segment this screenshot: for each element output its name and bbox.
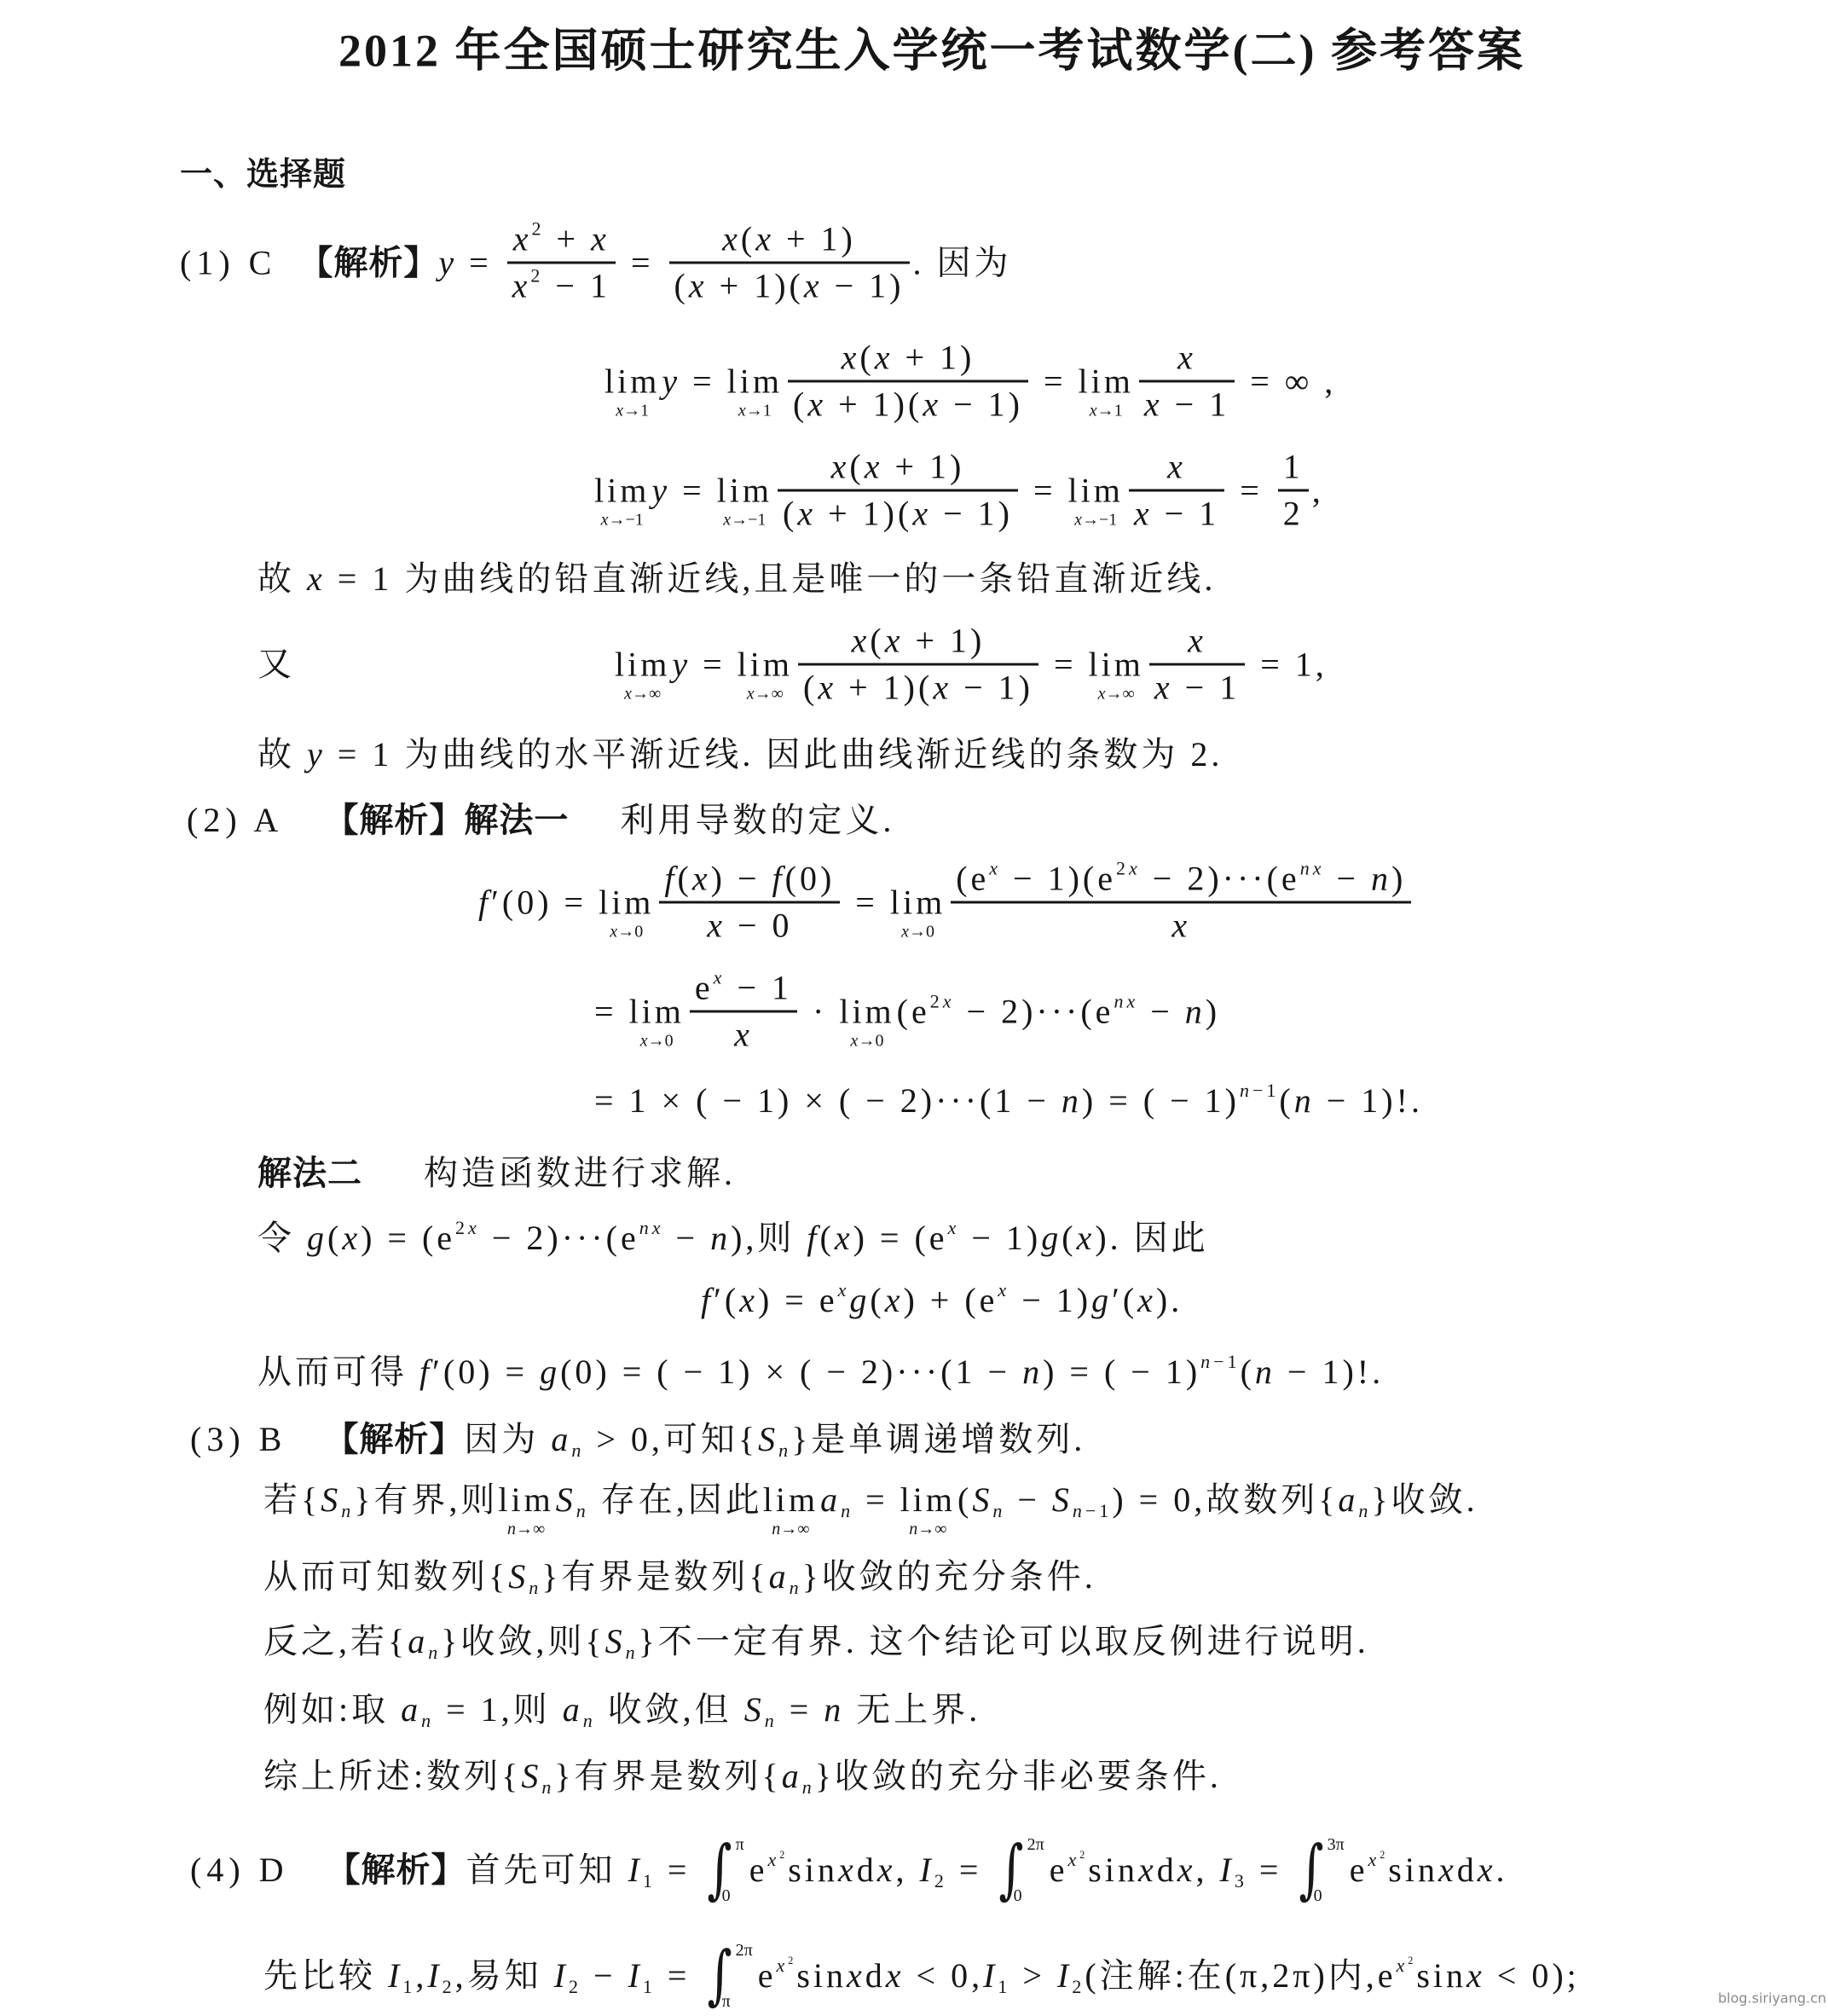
math-variable: I [983, 1956, 998, 1995]
numerator: x2 + x [507, 220, 616, 264]
math-variable: n [571, 1440, 584, 1461]
fraction-one-half: 1 2 [1278, 448, 1309, 534]
fraction: x(x + 1) (x + 1)(x − 1) [798, 622, 1038, 708]
math-variable: x [640, 1031, 648, 1050]
subscript: n [765, 1710, 778, 1731]
math-variable: n [529, 1577, 541, 1598]
limit-operator: lim x→0 [890, 882, 946, 923]
math-variable: x [1138, 1851, 1157, 1889]
numerator: 1 [1278, 448, 1309, 492]
limit-operator: lim x→∞ [1089, 644, 1144, 685]
equals-sign: = [843, 882, 890, 923]
superscript: 2x [930, 990, 955, 1011]
integral-limits: π 0 [731, 1836, 744, 1904]
math-variable: x [923, 385, 941, 424]
superscript: x2 [1368, 1849, 1388, 1870]
watermark: blog.siriyang.cn [1718, 1990, 1826, 2007]
math-variable: x [877, 1851, 896, 1889]
math-variable: S [521, 1757, 541, 1795]
math-variable: S [508, 1557, 529, 1596]
denominator: x [690, 1013, 797, 1055]
superscript: n−1 [1200, 1351, 1240, 1372]
lim-label: lim [839, 991, 894, 1032]
integrand: ex2sinxdx. [1350, 1850, 1508, 1891]
math-variable: x [689, 267, 708, 305]
limit-result: = 1, [1248, 644, 1328, 685]
math-variable: f [772, 860, 785, 898]
math-variable: x [1397, 1955, 1409, 1976]
math-variable: a [769, 1557, 790, 1596]
math-variable: n [765, 1710, 778, 1731]
math-variable: g [1091, 1281, 1112, 1319]
math-variable: f [478, 883, 491, 921]
math-variable: f [664, 860, 677, 898]
limit-operator: lim x→−1 [594, 470, 650, 511]
limit-subscript: x→0 [851, 1032, 884, 1049]
text-line: f′(x) = exg(x) + (ex − 1)g′(x). [701, 1280, 1183, 1321]
numerator: x(x + 1) [788, 339, 1028, 383]
limit-subscript: x→1 [1090, 402, 1123, 419]
superscript: 2 [530, 265, 543, 287]
math-variable: x [901, 922, 909, 941]
limit-subscript: x→∞ [624, 685, 661, 702]
subscript: n [571, 1440, 584, 1461]
math-variable: x [989, 858, 1001, 879]
math-variable: x [1074, 510, 1082, 529]
integral-sign: ∫ [998, 1838, 1023, 1903]
equals-sign: = [1042, 644, 1089, 685]
math-variable: S [556, 1480, 576, 1519]
math-variable: y [662, 362, 680, 400]
lim-label: lim [599, 882, 654, 923]
math-variable: n [421, 1710, 434, 1731]
section-heading-multiple-choice: 一、选择题 [180, 156, 346, 195]
limit-subscript: x→−1 [1074, 511, 1117, 528]
subscript: n [802, 1776, 815, 1798]
subscript: n [576, 1500, 589, 1521]
superscript: x [714, 967, 726, 988]
math-variable: x [1129, 858, 1141, 879]
lim-label: lim [1079, 361, 1134, 402]
math-variable: n [541, 1776, 554, 1798]
subscript: 2 [934, 1870, 947, 1891]
denominator: (x + 1)(x − 1) [788, 383, 1028, 425]
definite-integral: ∫ 2π 0 [998, 1836, 1047, 1904]
q2-method-two-result-line: 从而可得 f′(0) = g(0) = ( − 1) × ( − 2)···(1… [257, 1352, 1384, 1393]
q1-limit-x-to-infinity-line: lim x→∞ y = lim x→∞ x(x + 1) (x + 1)(x −… [615, 622, 1328, 708]
q2-limit-split-line: = lim x→0 ex − 1 x · lim x→0 (e2x − 2)··… [594, 969, 1220, 1055]
numerator: x [1149, 622, 1245, 666]
fraction: x(x + 1) (x + 1)(x − 1) [669, 220, 910, 306]
upper-limit: 3π [1322, 1836, 1345, 1853]
math-variable: x [948, 1217, 960, 1238]
subscript: 2 [569, 1976, 581, 1997]
text-segment: 首先可知 I1 = [466, 1850, 703, 1891]
math-variable: x [738, 401, 746, 420]
denominator: x − 1 [1139, 383, 1235, 425]
subscript: n [583, 1710, 596, 1731]
math-variable: x [692, 860, 711, 898]
q4-number-answer: (4) D [190, 1850, 289, 1891]
math-variable: x [831, 448, 850, 486]
denominator: (x + 1)(x − 1) [669, 264, 910, 306]
math-variable: x [714, 967, 726, 988]
text-line: 令 g(x) = (e2x − 2)···(enx − n),则 f(x) = … [257, 1218, 1209, 1259]
math-variable: x [912, 495, 931, 533]
limit-operator: lim n→∞ [900, 1480, 956, 1521]
variable-y: y [672, 644, 691, 685]
math-variable: n [428, 1642, 441, 1663]
math-variable: x [1134, 495, 1153, 533]
math-variable: x [852, 622, 871, 660]
subscript: n [841, 1500, 853, 1521]
superscript: 2 [1408, 1955, 1416, 1967]
lim-label: lim [615, 644, 670, 685]
q4-intro-line: (4) D 【解析】 首先可知 I1 = ∫ π 0 ex2sinxdx, I2… [190, 1836, 1507, 1904]
subscript: n [541, 1776, 554, 1798]
numerator: f(x) − f(0) [659, 860, 840, 904]
q3-number-answer: (3) B [190, 1419, 286, 1460]
limit-operator: lim x→−1 [717, 470, 772, 511]
math-variable: n [639, 1217, 652, 1238]
math-variable: x [851, 1031, 859, 1050]
superscript: n−1 [1240, 1080, 1279, 1101]
math-variable: x [943, 990, 955, 1011]
math-variable: n [790, 1577, 802, 1598]
q1-limit-x-to-minus-1-line: lim x→−1 y = lim x→−1 x(x + 1) (x + 1)(x… [594, 448, 1324, 534]
superscript: x2 [1067, 1849, 1088, 1870]
q4-analysis-tag: 【解析】 [327, 1850, 466, 1891]
math-variable: y [651, 471, 670, 509]
equals-sign: = [1228, 470, 1275, 511]
math-variable: x [1177, 339, 1196, 377]
math-variable: x [610, 922, 617, 941]
q1-number-answer: (1) C [180, 242, 276, 283]
limit-subscript: x→−1 [601, 511, 644, 528]
q1-also-label: 又 [257, 644, 295, 685]
math-variable: S [321, 1480, 341, 1519]
limit-subscript: x→1 [738, 402, 772, 419]
limit-operator: lim x→0 [599, 882, 654, 923]
math-variable: I [628, 1956, 643, 1995]
math-variable: x [1466, 1956, 1485, 1995]
text-line: 故 y = 1 为曲线的水平渐近线. 因此曲线渐近线的条数为 2. [257, 734, 1223, 775]
math-variable: g [540, 1353, 560, 1391]
text-segment: (Sn − Sn−1) = 0,故数列{an}收敛. [957, 1480, 1478, 1521]
math-variable: y [672, 645, 691, 683]
limit-subscript: x→0 [640, 1032, 674, 1049]
limit-operator: lim n→∞ [498, 1480, 553, 1521]
limit-subscript: x→∞ [747, 685, 784, 702]
q1-limit-x-to-1-line: lim x→1 y = lim x→1 x(x + 1) (x + 1)(x −… [605, 339, 1336, 425]
equals-lead: = [594, 991, 629, 1032]
q2-define-g-line: 令 g(x) = (e2x − 2)···(enx − n),则 f(x) = … [257, 1218, 1209, 1259]
function-lhs: y = [438, 242, 503, 283]
math-variable: I [427, 1956, 442, 1995]
limit-subscript: n→∞ [507, 1521, 545, 1538]
numerator: (ex − 1)(e2x − 2)···(enx − n) [951, 860, 1411, 904]
product-expression: (e2x − 2)···(enx − n) [897, 991, 1220, 1032]
q3-converse-text: 反之,若{an}收敛,则{Sn}不一定有界. 这个结论可以取反例进行说明. [263, 1621, 1369, 1662]
math-variable: x [1090, 401, 1097, 420]
integrand: ex2sinxdx < 0,I1 > I2(注解:在(π,2π)内,ex2sin… [758, 1955, 1580, 1996]
math-variable: n [824, 1690, 844, 1729]
math-variable: a [401, 1690, 421, 1729]
subscript: n [421, 1710, 434, 1731]
limit-subscript: x→1 [616, 402, 649, 419]
integral-limits: 2π 0 [1022, 1836, 1044, 1904]
limit-operator: lim x→∞ [738, 644, 793, 685]
superscript: x2 [1397, 1955, 1417, 1976]
math-variable: x [652, 1217, 664, 1238]
q3-summary-text: 综上所述:数列{Sn}有界是数列{an}收敛的充分非必要条件. [263, 1756, 1222, 1797]
math-variable: x [342, 1219, 361, 1257]
math-variable: n [583, 1710, 596, 1731]
text-segment: Sn 存在,因此 [556, 1480, 763, 1521]
denominator: (x + 1)(x − 1) [778, 492, 1018, 534]
fraction: x2 + x x2 − 1 [507, 220, 616, 306]
upper-limit: π [731, 1836, 744, 1853]
equals-sign: = [670, 470, 717, 511]
math-variable: x [1478, 1851, 1496, 1889]
lim-label: lim [629, 991, 685, 1032]
math-variable: x [835, 1219, 853, 1257]
q2-method-two-line: 解法二 构造函数进行求解. [257, 1153, 736, 1194]
math-variable: x [886, 1956, 905, 1995]
math-variable: x [747, 684, 755, 703]
numerator: x(x + 1) [778, 448, 1018, 492]
subscript: 1 [402, 1976, 415, 1997]
subscript: n [428, 1642, 441, 1663]
denominator: x − 1 [1129, 492, 1224, 534]
superscript: 2 [1380, 1849, 1388, 1861]
fraction: x(x + 1) (x + 1)(x − 1) [788, 339, 1028, 425]
math-variable: x [707, 907, 726, 945]
math-variable: n [909, 1520, 917, 1538]
math-variable: a [1338, 1480, 1358, 1519]
math-variable: S [758, 1420, 778, 1458]
math-variable: x [1067, 1849, 1079, 1870]
fraction: x x − 1 [1139, 339, 1235, 425]
answer-key-page: 2012 年全国硕士研究生入学统一考试数学(二) 参考答案 一、选择题 (1) … [0, 0, 1828, 2016]
method-one-description: 利用导数的定义. [620, 800, 894, 841]
math-variable: n [341, 1500, 354, 1521]
math-variable: x [847, 1956, 865, 1995]
sentence-tail: . 因为 [913, 242, 1012, 283]
integral-sign: ∫ [1299, 1838, 1323, 1903]
math-variable: x [1313, 858, 1325, 879]
superscript: x [838, 1279, 850, 1301]
math-variable: x [734, 1016, 753, 1054]
math-variable: n [802, 1776, 815, 1798]
q3-bounded-limit-line: 若{Sn}有界,则 lim n→∞ Sn 存在,因此 lim n→∞ an = … [263, 1480, 1478, 1521]
q4-compare-line: 先比较 I1,I2,易知 I2 − I1 = ∫ 2π π ex2sinxdx … [263, 1942, 1580, 2010]
superscript: nx [1114, 990, 1138, 1011]
definite-integral: ∫ π 0 [707, 1836, 747, 1904]
limit-operator: lim x→0 [839, 991, 894, 1032]
math-variable: x [933, 669, 952, 707]
superscript: 2 [788, 1955, 796, 1967]
math-variable: x [797, 495, 816, 533]
subscript: 2 [1072, 1976, 1085, 1997]
math-variable: x [591, 220, 610, 258]
text-line: 从而可知数列{Sn}有界是数列{an}收敛的充分条件. [263, 1556, 1096, 1597]
math-variable: a [782, 1757, 802, 1795]
math-variable: x [513, 220, 532, 258]
fraction: f(x) − f(0) x − 0 [659, 860, 840, 946]
fraction: (ex − 1)(e2x − 2)···(enx − n) x [951, 860, 1411, 946]
superscript: 2 [532, 218, 545, 240]
q3-example-text: 例如:取 an = 1,则 an 收敛,但 Sn = n 无上界. [263, 1689, 981, 1730]
text-line: 反之,若{an}收敛,则{Sn}不一定有界. 这个结论可以取反例进行说明. [263, 1621, 1369, 1662]
denominator: x − 1 [1149, 666, 1245, 708]
math-variable: n [1255, 1353, 1276, 1391]
lim-label: lim [605, 361, 660, 402]
method-one-title: 解法一 [464, 800, 569, 841]
math-variable: g [1041, 1219, 1062, 1257]
numerator: x(x + 1) [669, 220, 910, 264]
subscript: 1 [643, 1870, 656, 1891]
math-variable: n [1371, 860, 1391, 898]
q3-sufficient-text: 从而可知数列{Sn}有界是数列{an}收敛的充分条件. [263, 1556, 1096, 1597]
text-segment: an = [820, 1480, 900, 1521]
limit-result: = ∞ , [1238, 361, 1336, 402]
math-variable: n [778, 1440, 791, 1461]
subscript: 3 [1235, 1870, 1247, 1891]
math-variable: y [307, 735, 326, 773]
math-variable: I [920, 1851, 934, 1889]
math-variable: S [605, 1622, 626, 1660]
math-variable: a [563, 1690, 583, 1729]
superscript: x [998, 1279, 1009, 1301]
math-variable: n [710, 1219, 731, 1257]
math-variable: a [551, 1420, 571, 1458]
equals-sign: = [619, 242, 666, 283]
denominator: x − 0 [659, 904, 840, 946]
math-variable: x [1177, 1851, 1196, 1889]
math-variable: x [307, 559, 326, 598]
math-variable: n [1062, 1081, 1082, 1120]
text-line: = 1 × ( − 1) × ( − 2)···(1 − n) = ( − 1)… [594, 1080, 1423, 1121]
limit-subscript: x→∞ [1098, 685, 1135, 702]
subscript: n [778, 1440, 791, 1461]
denominator: x [951, 904, 1411, 946]
method-two-description: 构造函数进行求解. [424, 1153, 736, 1194]
math-variable: x [1167, 448, 1186, 486]
numerator: ex − 1 [690, 969, 797, 1013]
math-variable: x [1144, 385, 1163, 424]
math-variable: I [628, 1851, 643, 1889]
math-variable: I [554, 1956, 569, 1995]
q3-intro-line: (3) B 【解析】 因为 an > 0,可知{Sn}是单调递增数列. [190, 1419, 1085, 1460]
math-variable: n [1200, 1351, 1213, 1372]
math-variable: x [468, 1217, 480, 1238]
math-variable: g [307, 1219, 327, 1257]
math-variable: n [992, 1500, 1005, 1521]
math-variable: I [1057, 1956, 1072, 1995]
denominator: 2 [1278, 492, 1309, 534]
math-variable: a [408, 1622, 428, 1660]
equals-sign: = [680, 361, 727, 402]
math-variable: x [885, 1281, 904, 1319]
math-variable: n [626, 1642, 639, 1663]
denominator: x2 − 1 [507, 264, 616, 306]
superscript: 2x [455, 1217, 480, 1238]
math-variable: n [576, 1500, 589, 1521]
numerator: x [1129, 448, 1224, 492]
text-line: 例如:取 an = 1,则 an 收敛,但 Sn = n 无上界. [263, 1689, 981, 1730]
superscript: x [948, 1217, 960, 1238]
upper-limit: 2π [731, 1942, 753, 1959]
upper-limit: 2π [1022, 1836, 1044, 1853]
math-variable: g [849, 1281, 870, 1319]
math-variable: n [1300, 858, 1313, 879]
math-variable: S [1052, 1480, 1073, 1519]
limit-subscript: n→∞ [909, 1521, 946, 1538]
math-variable: x [616, 401, 623, 420]
superscript: nx [1300, 858, 1325, 879]
math-variable: x [1098, 684, 1106, 703]
math-variable: S [972, 1480, 992, 1519]
superscript: x [989, 858, 1001, 879]
lim-label: lim [763, 1480, 819, 1521]
math-variable: x [739, 1281, 758, 1319]
subscript: n [529, 1577, 541, 1598]
numerator: x(x + 1) [798, 622, 1038, 666]
math-variable: x [601, 510, 609, 529]
math-variable: f [701, 1281, 714, 1319]
q1-analysis-tag: 【解析】 [298, 242, 438, 283]
limit-subscript: x→0 [610, 923, 643, 940]
equals-sign: = [1032, 361, 1079, 402]
math-variable: x [807, 385, 826, 424]
math-variable: n [1358, 1500, 1371, 1521]
fraction: x x − 1 [1149, 622, 1245, 708]
math-variable: x [998, 1279, 1009, 1301]
integral-sign: ∫ [707, 1838, 732, 1903]
subscript: n [790, 1577, 802, 1598]
math-variable: S [744, 1690, 765, 1729]
integral-limits: 2π π [731, 1942, 753, 2010]
subscript: 2 [443, 1976, 455, 1997]
text-line: 从而可得 f′(0) = g(0) = ( − 1) × ( − 2)···(1… [257, 1352, 1384, 1393]
q1-intro-line: (1) C 【解析】 y = x2 + x x2 − 1 = x(x + 1) … [180, 220, 1012, 306]
variable-y: y [651, 470, 670, 511]
math-variable: x [723, 510, 731, 529]
subscript: n [992, 1500, 1005, 1521]
fraction: x(x + 1) (x + 1)(x − 1) [778, 448, 1018, 534]
math-variable: f [807, 1219, 819, 1257]
lim-label: lim [498, 1480, 553, 1521]
limit-operator: lim x→1 [727, 361, 783, 402]
math-variable: x [1438, 1851, 1457, 1889]
math-variable: x [1137, 1281, 1156, 1319]
math-variable: f [419, 1353, 432, 1391]
lim-label: lim [890, 882, 946, 923]
math-variable: x [512, 267, 531, 305]
derivative-lhs: f′(0) = [478, 882, 599, 923]
q2-product-rule-line: f′(x) = exg(x) + (ex − 1)g′(x). [701, 1280, 1183, 1321]
limit-subscript: n→∞ [772, 1521, 809, 1538]
q2-derivative-definition-line: f′(0) = lim x→0 f(x) − f(0) x − 0 = lim … [478, 860, 1414, 946]
lim-label: lim [1089, 644, 1144, 685]
text-segment: 若{Sn}有界,则 [263, 1480, 498, 1521]
punctuation: , [1312, 470, 1324, 511]
q1-vertical-asymptote-text: 故 x = 1 为曲线的铅直渐近线,且是唯一的一条铅直渐近线. [257, 559, 1216, 600]
superscript: 2x [1116, 858, 1141, 879]
limit-subscript: x→0 [901, 923, 934, 940]
math-variable: n [1114, 990, 1126, 1011]
